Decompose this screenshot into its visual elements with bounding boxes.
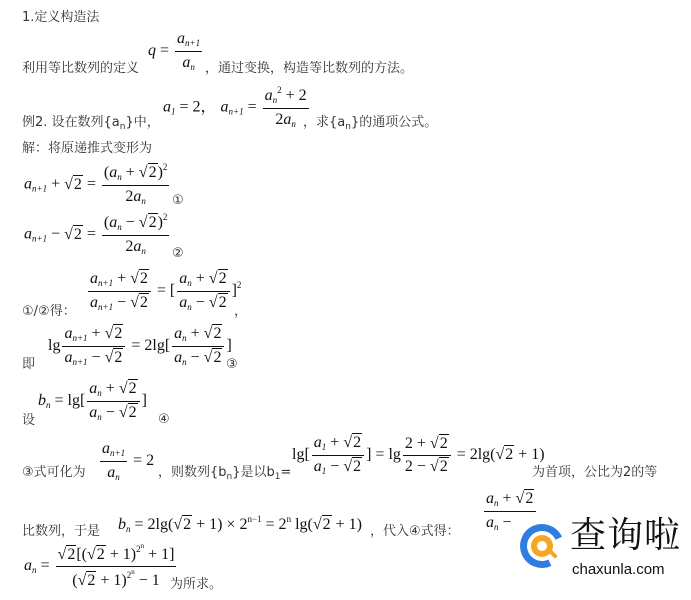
- example-text-before: 例2. 设在数列{an}中，: [22, 116, 160, 132]
- intro-text-before: 利用等比数列的定义: [22, 62, 139, 75]
- final-after-text: 为所求。: [170, 578, 222, 591]
- define-b-formula: bn = lg[an + √2an − √2]: [38, 380, 147, 423]
- example-text-after: ，求{an}的通项公式。: [303, 116, 437, 132]
- marker-4: ④: [158, 413, 170, 426]
- divide-formula: an+1 + √2an+1 − √2 = [an + √2an − √2]2: [86, 270, 241, 313]
- ratio-definition-formula: q = an+1an: [148, 30, 204, 73]
- result-before-text: 比数列，于是: [22, 525, 100, 538]
- geometric-label: ③式可化为: [22, 466, 86, 479]
- divide-label: ①/②得：: [22, 305, 76, 318]
- marker-1: ①: [172, 194, 184, 207]
- final-formula: an = √2[(√2 + 1)2n + 1](√2 + 1)2n − 1: [24, 543, 178, 589]
- log-label: 即: [22, 358, 35, 371]
- define-b-label: 设: [22, 414, 35, 427]
- example-formula: a1 = 2， an+1 = an2 + 22an: [163, 86, 311, 130]
- logo-domain-text: chaxunla.com: [572, 562, 665, 577]
- geometric-middle-text: ，则数列{bn}是以b1=: [158, 466, 291, 482]
- logo-chinese-text: 查询啦: [570, 518, 681, 554]
- bn-formula: bn = 2lg(√2 + 1) × 2n−1 = 2n lg(√2 + 1): [118, 515, 362, 534]
- b1-formula: lg[a1 + √2a1 − √2] = lg2 + √22 − √2 = 2l…: [292, 434, 545, 477]
- marker-2: ②: [172, 247, 184, 260]
- equation-1: an+1 + √2 = (an + √2)22an: [24, 163, 171, 207]
- geometric-ratio-formula: an+1an = 2: [98, 440, 154, 483]
- divide-comma: ，: [234, 305, 247, 318]
- log-formula: lgan+1 + √2an+1 − √2 = 2lg[an + √2an − √…: [48, 325, 232, 368]
- watermark-logo: 查询啦 chaxunla.com: [516, 518, 691, 583]
- result-after-text: ，代入④式得：: [370, 525, 460, 538]
- intro-text-after: ，通过变换，构造等比数列的方法。: [205, 62, 413, 75]
- section-heading: 1.定义构造法: [22, 11, 99, 24]
- marker-3: ③: [226, 358, 238, 371]
- solution-intro: 解：将原递推式变形为: [22, 142, 152, 155]
- geometric-after-text: 为首项，公比为2的等: [532, 466, 657, 479]
- equation-2: an+1 − √2 = (an − √2)22an: [24, 213, 171, 257]
